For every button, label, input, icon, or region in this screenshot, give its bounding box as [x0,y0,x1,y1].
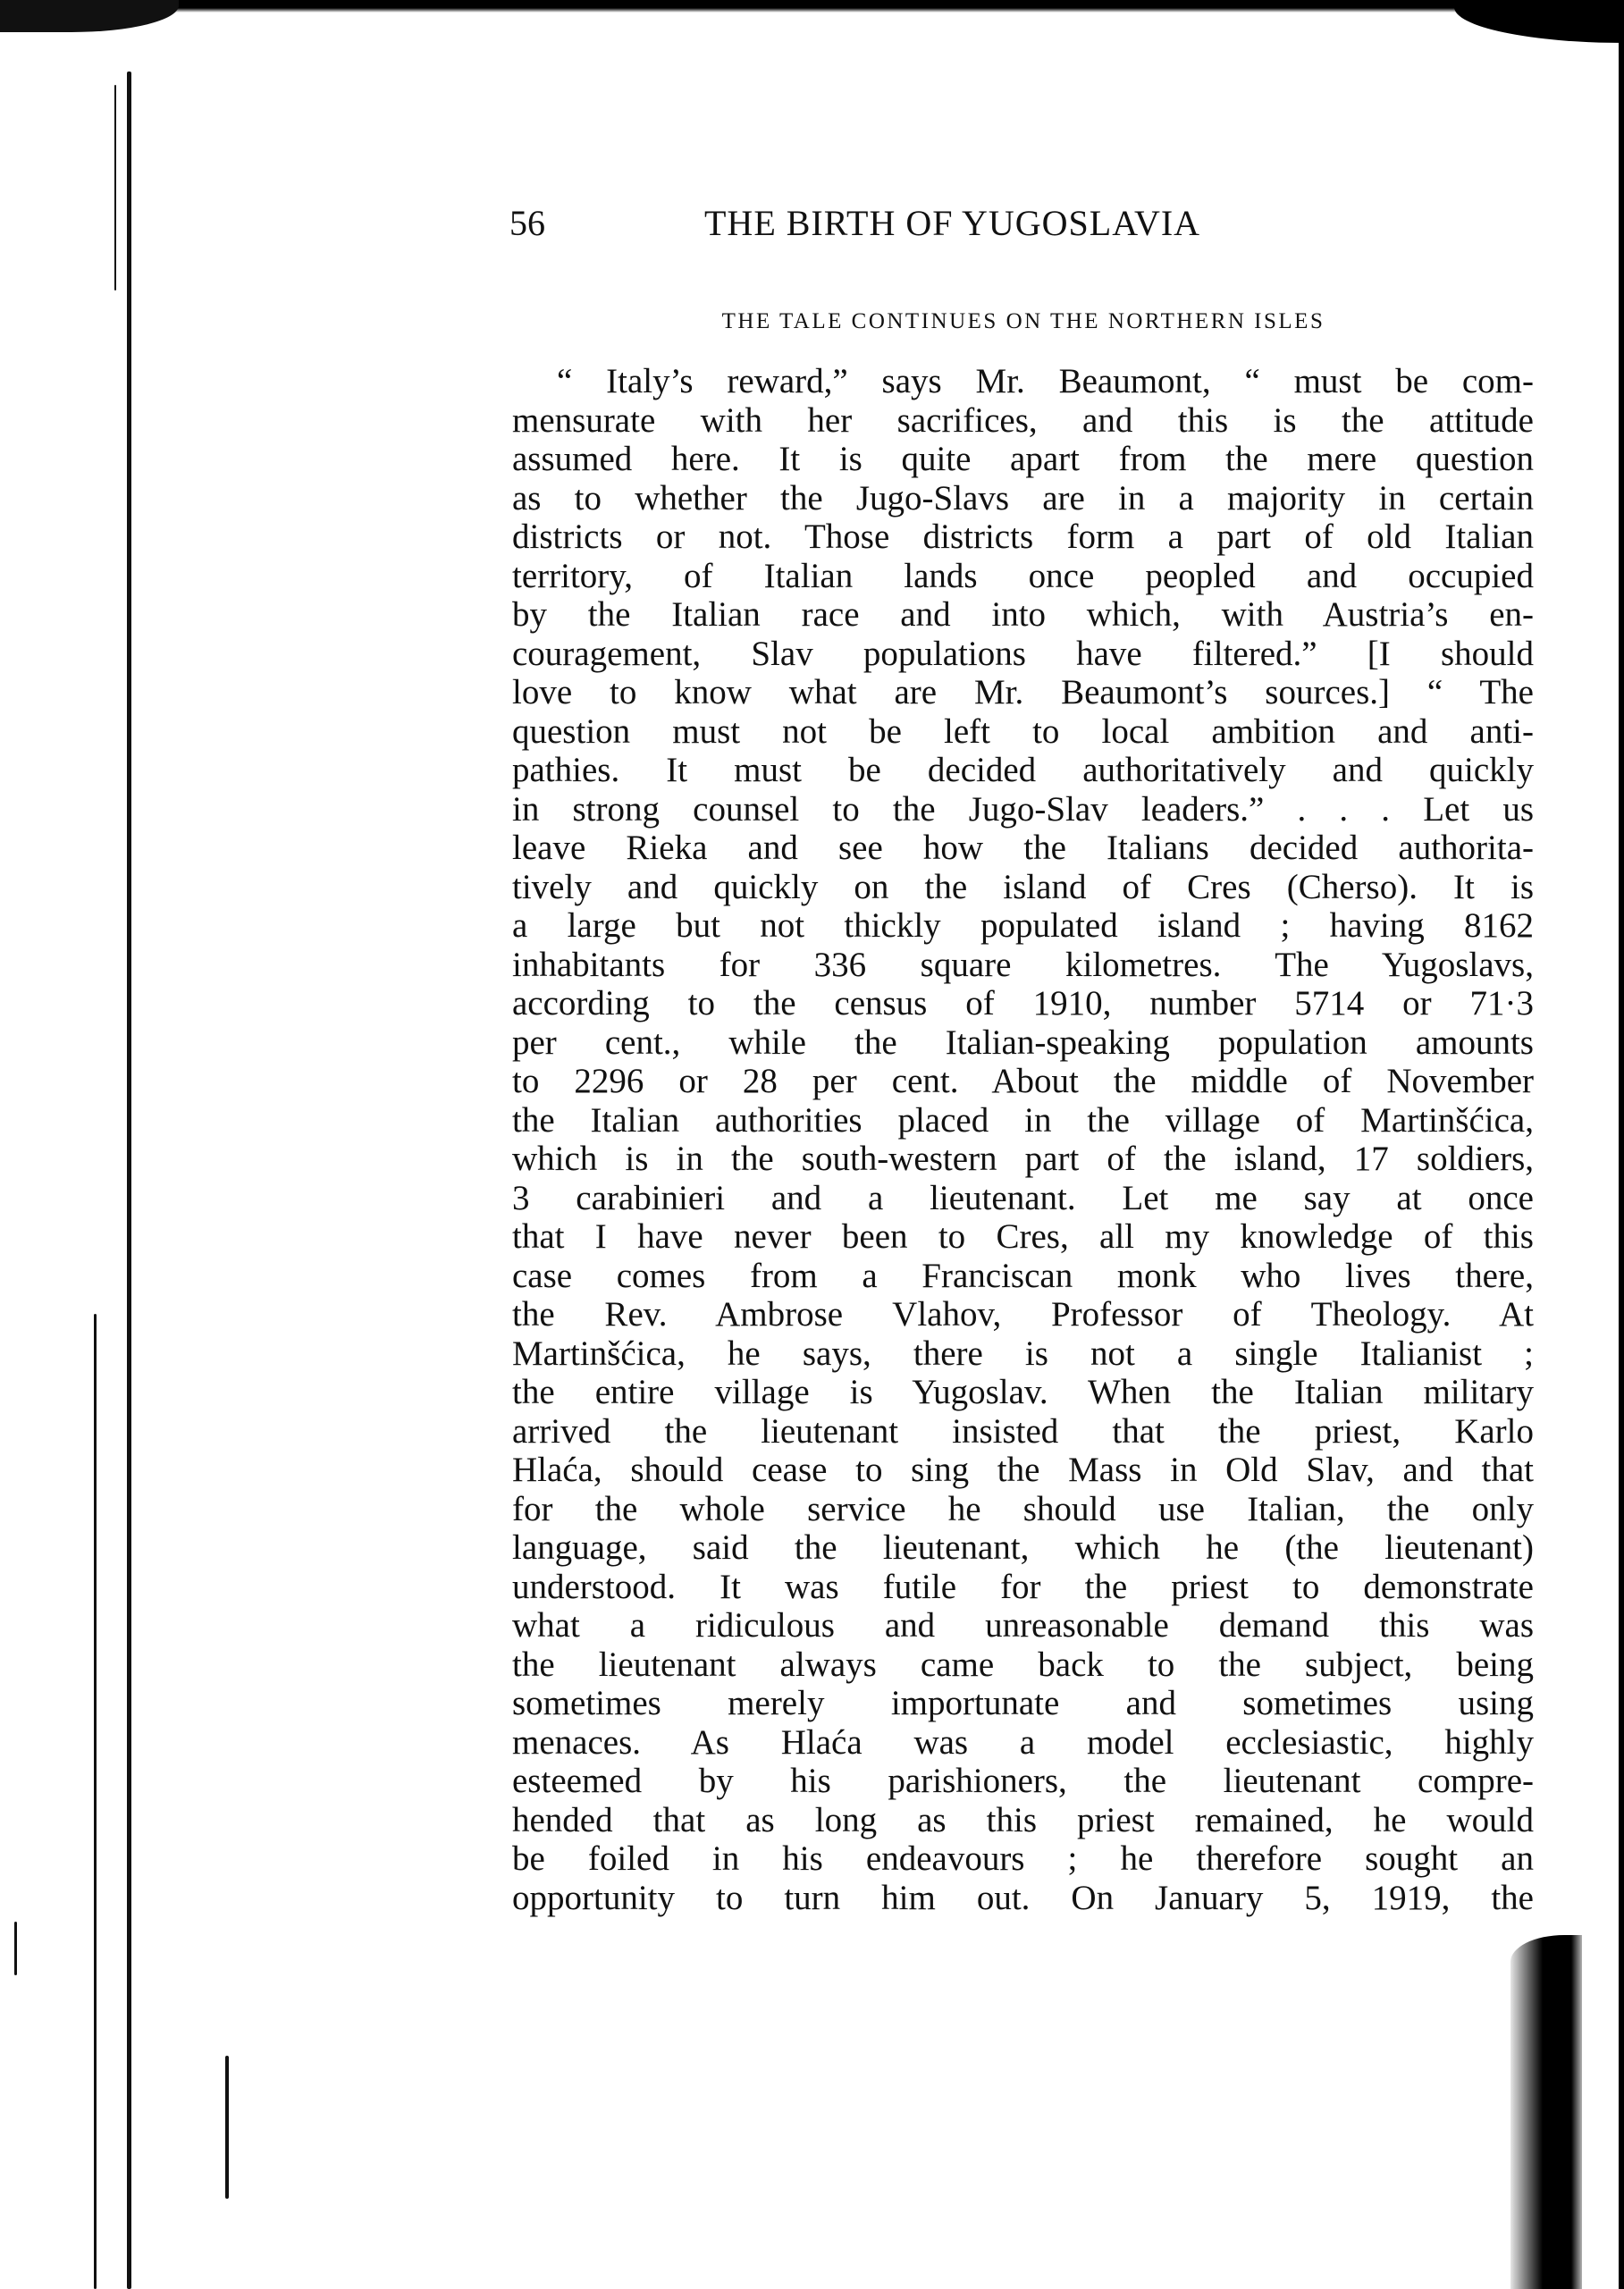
text-line: for the whole service he should use Ital… [512,1490,1534,1529]
text-line: be foiled in his endeavours ; he therefo… [512,1839,1534,1879]
text-line: inhabitants for 336 square kilometres. T… [512,946,1534,985]
text-line: leave Rieka and see how the Italians dec… [512,829,1534,868]
text-line: in strong counsel to the Jugo-Slav leade… [512,790,1534,829]
body-text: “ Italy’s reward,” says Mr. Beaumont, “ … [512,362,1534,1917]
page-number: 56 [509,198,545,248]
text-line: sometimes merely importunate and sometim… [512,1684,1534,1723]
text-line: menaces. As Hlaća was a model ecclesiast… [512,1723,1534,1763]
text-line: understood. It was futile for the priest… [512,1568,1534,1607]
text-line: a large but not thickly populated island… [512,906,1534,946]
text-line: the lieutenant always came back to the s… [512,1645,1534,1685]
book-title: THE BIRTH OF YUGOSLAVIA [704,198,1200,248]
binding-gutter-mark [225,2056,229,2199]
text-line: case comes from a Franciscan monk who li… [512,1257,1534,1296]
text-line: opportunity to turn him out. On January … [512,1879,1534,1918]
text-line: assumed here. It is quite apart from the… [512,440,1534,479]
text-line: Martinšćica, he says, there is not a sin… [512,1334,1534,1374]
text-line: the Rev. Ambrose Vlahov, Professor of Th… [512,1295,1534,1334]
text-line: love to know what are Mr. Beaumont’s sou… [512,673,1534,712]
text-line: according to the census of 1910, number … [512,984,1534,1023]
text-line: that I have never been to Cres, all my k… [512,1217,1534,1257]
text-line: the entire village is Yugoslav. When the… [512,1373,1534,1412]
text-line: per cent., while the Italian-speaking po… [512,1023,1534,1063]
text-line: districts or not. Those districts form a… [512,518,1534,557]
text-line: “ Italy’s reward,” says Mr. Beaumont, “ … [512,362,1534,401]
margin-mark [14,1922,17,1975]
binding-gutter-line-lower [94,1314,97,2289]
text-line: which is in the south-western part of th… [512,1140,1534,1179]
scan-shadow-top-right [1454,0,1624,43]
text-line: hended that as long as this priest remai… [512,1801,1534,1840]
text-line: to 2296 or 28 per cent. About the middle… [512,1062,1534,1101]
text-line: language, said the lieutenant, which he … [512,1528,1534,1568]
scan-edge-right [1619,36,1624,2289]
text-line: Hlaća, should cease to sing the Mass in … [512,1451,1534,1490]
text-line: arrived the lieutenant insisted that the… [512,1412,1534,1452]
scan-shadow-top-left [0,0,179,32]
section-title: THE TALE CONTINUES ON THE NORTHERN ISLES [509,304,1537,340]
text-line: the Italian authorities placed in the vi… [512,1101,1534,1140]
text-line: territory, of Italian lands once peopled… [512,557,1534,596]
text-line: couragement, Slav populations have filte… [512,635,1534,674]
text-line: pathies. It must be decided authoritativ… [512,751,1534,790]
text-line: mensurate with her sacrifices, and this … [512,401,1534,441]
scan-edge-top [0,0,1624,13]
running-head: 56 THE BIRTH OF YUGOSLAVIA [509,198,1537,248]
text-line: what a ridiculous and unreasonable deman… [512,1606,1534,1645]
scan-shadow-bottom-right [1510,1935,1582,2289]
text-line: as to whether the Jugo-Slavs are in a ma… [512,479,1534,518]
text-line: tively and quickly on the island of Cres… [512,868,1534,907]
text-line: esteemed by his parishioners, the lieute… [512,1762,1534,1801]
binding-gutter-line-faint [114,85,116,290]
text-line: question must not be left to local ambit… [512,712,1534,752]
text-line: 3 carabinieri and a lieutenant. Let me s… [512,1179,1534,1218]
binding-gutter-line [127,72,131,2289]
text-line: by the Italian race and into which, with… [512,595,1534,635]
